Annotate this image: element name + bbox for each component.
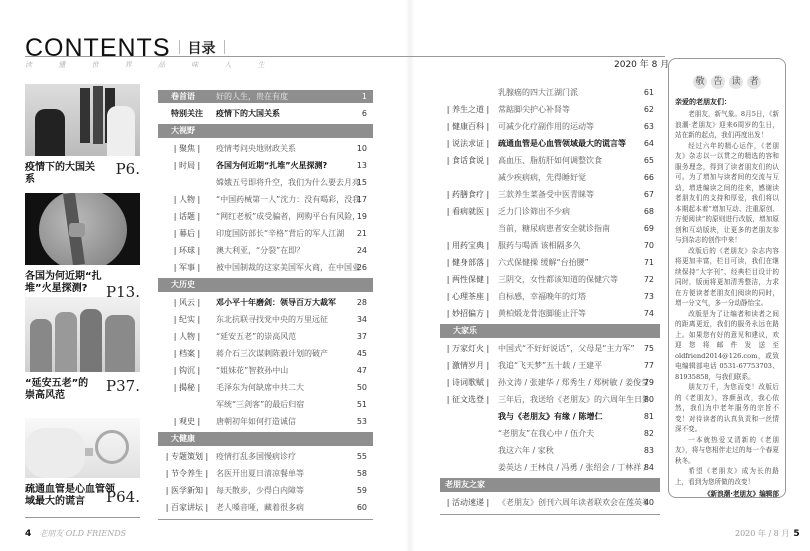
toc-page-number: 50 (357, 379, 367, 396)
toc-category: | 军事 | (158, 259, 216, 276)
toc-category: | 纪实 | (158, 311, 216, 328)
section-label: 卷首语 (158, 90, 208, 103)
toc-entry[interactable]: 乳腺癌的四大江湖门派61 (440, 84, 660, 101)
toc-title: 每天散步，少得白内障等 (216, 482, 304, 499)
toc-page-number: 13 (357, 157, 367, 174)
toc-title: 乏力门诊筛出不少病 (498, 203, 570, 220)
toc-entry[interactable]: | 节令养生 |名医开出夏日清凉餐单等58 (158, 465, 373, 482)
toc-category: | 看病就医 | (440, 203, 496, 220)
toc-title: 我这六年 / 家秋 (498, 442, 554, 459)
toc-page-number: 47 (357, 362, 367, 379)
toc-title: “网红老板”成受骗者，网购平台有风险，消费要“把刹” (216, 208, 361, 225)
toc-page-number: 68 (644, 203, 654, 220)
feature-card[interactable]: 各国为何近期“扎堆”火星探测? P13. (25, 193, 140, 295)
toc-page-number: 79 (644, 374, 654, 391)
toc-title: 疫情下的大国关系 (216, 105, 280, 122)
contents-title: CONTENTS (25, 36, 171, 61)
toc-category: | 节令养生 | (158, 465, 216, 482)
toc-title: 孙文涛 / 张建华 / 郑秀生 / 郑树敏 / 姜俊莹 / 柳建达 / 张东荣 (498, 374, 648, 391)
toc-title: 《老朋友》创刊六周年读者联欢会在莲英举行 (498, 494, 648, 511)
magazine-brand: 老朋友 OLD FRIENDS (39, 529, 126, 538)
toc-category: | 诗词歌赋 | (440, 374, 496, 391)
toc-page-number: 75 (644, 340, 654, 357)
toc-entry[interactable]: | 心理茶座 |自标感，幸福晚年的灯塔73 (440, 288, 660, 305)
toc-entry[interactable]: 姜英达 / 王林良 / 冯勇 / 张绍会 / 丁林祥 / 刘楼84 (440, 459, 660, 476)
toc-category: | 话题 | (158, 208, 216, 225)
section-header: 大健康 (158, 432, 373, 446)
notice-paragraph: 改版是为了让编者和读者之间的距离更近，我们的服务永远在路上。如果您有好的意见和建… (675, 309, 779, 383)
toc-page-number: 24 (357, 242, 367, 259)
leaders-at-podium-photo (25, 84, 140, 156)
toc-page-number: 64 (644, 135, 654, 152)
toc-category: | 百家讲坛 | (158, 499, 216, 516)
toc-page-number: 37 (357, 328, 367, 345)
toc-page-number: 51 (357, 396, 367, 413)
toc-title: 疏通血管是心血管领域最大的谎言等 (498, 135, 626, 152)
feature-card[interactable]: 疏通血管是心血管领域最大的谎言 P64. (25, 418, 140, 508)
section-header: 大视野 (158, 124, 373, 138)
toc-entry[interactable]: | 时局 |各国为何近期“扎堆”火星探测?13 (158, 157, 373, 174)
toc-title: 澳大利亚，“分裂”在即？ (216, 242, 304, 259)
toc-entry[interactable]: 当前，糖尿病患者安全就诊指南69 (440, 220, 660, 237)
toc-category: | 征文选登 | (440, 391, 496, 408)
toc-entry[interactable]: | 征文选登 |三年后，我送给《老朋友》的六周年生日贺词 / 金世新80 (440, 391, 660, 408)
toc-page-number: 67 (644, 186, 654, 203)
toc-title: 减少疾病病，先得睡好觉 (498, 169, 586, 186)
toc-title: 邓小平十年磨剑：领导百万大裁军 (216, 294, 336, 311)
toc-page-number: 45 (357, 345, 367, 362)
toc-entry[interactable]: | 激情岁月 |我追“飞天梦”五十载 / 王建平77 (440, 357, 660, 374)
toc-category: | 心理茶座 | (440, 288, 496, 305)
toc-title: 三阴交，女性都该知道的保健穴等 (498, 271, 618, 288)
toc-title: 毛泽东为何缺席中共二大 (216, 379, 304, 396)
toc-title: 三款养生菜备受中医青睐等 (498, 186, 594, 203)
toc-title: 各国为何近期“扎堆”火星探测? (216, 157, 327, 174)
toc-page-number: 69 (644, 220, 654, 237)
toc-page-number: 77 (644, 357, 654, 374)
section-header: 大历史 (158, 278, 373, 292)
toc-left-column: 卷首语好的人生，贵在有度1特别关注疫情下的大国关系6大视野| 聚焦 |疫情考问央… (158, 88, 373, 520)
header-rule (25, 56, 665, 57)
notice-paragraph: 希望《老朋友》成为长的路上，看到为您所做的改变！ (675, 466, 779, 487)
notice-title-char: 者 (747, 75, 761, 89)
toc-title: 我追“飞天梦”五十载 / 王建平 (498, 357, 602, 374)
footer-left: 4老朋友 OLD FRIENDS (25, 528, 126, 539)
page-number: 5 (793, 529, 799, 539)
toc-page-number: 80 (644, 391, 654, 408)
feature-page: P6. (116, 160, 140, 178)
toc-entry[interactable]: 特别关注疫情下的大国关系6 (158, 105, 373, 122)
notice-paragraph: 经过六年的精心运作，《老朋友》杂志以一以贯之的精选的容和服务理念，得到了读者朋友… (675, 141, 779, 246)
toc-entry[interactable]: | 聚焦 |疫情考问央地财政关系10 (158, 140, 373, 157)
toc-entry[interactable]: | 人物 |“延安五老”的崇高风范37 (158, 328, 373, 345)
toc-title: 老人嗓音哑，藏着很多病 (216, 499, 304, 516)
toc-page-number: 15 (357, 174, 367, 191)
toc-page-number: 21 (357, 225, 367, 242)
toc-page-number: 65 (644, 152, 654, 169)
contents-title-cn: 目录 (188, 41, 216, 57)
toc-right-column: 乳腺癌的四大江湖门派61| 养生之道 |常踮脚尖护心补肾等62| 健康百科 |可… (440, 84, 660, 515)
toc-entry[interactable]: | 诗词歌赋 |孙文涛 / 张建华 / 郑秀生 / 郑树敏 / 姜俊莹 / 柳建… (440, 374, 660, 391)
toc-entry[interactable]: | 两性保健 |三阴交，女性都该知道的保健穴等72 (440, 271, 660, 288)
toc-entry[interactable]: | 幕后 |印度国防部长“辛格”背后的军人江湖21 (158, 225, 373, 242)
notice-signature: 《新浪潮·老朋友》编辑部 (675, 488, 779, 498)
toc-entry[interactable]: 我这六年 / 家秋83 (440, 442, 660, 459)
toc-title: 好的人生，贵在有度 (216, 90, 288, 103)
toc-title: 高血压、脂肪肝如何调整饮食 (498, 152, 602, 169)
toc-entry[interactable]: | 观史 |唐朝初年如何打造诚信53 (158, 413, 373, 430)
toc-page-number: 82 (644, 425, 654, 442)
toc-page-number: 40 (644, 494, 654, 511)
toc-entry[interactable]: 嫦娥五号即将升空，我们为什么要去月亮上“挖土”？15 (158, 174, 373, 191)
toc-title: 姜英达 / 王林良 / 冯勇 / 张绍会 / 丁林祥 / 刘楼 (498, 459, 648, 476)
toc-entry[interactable]: | 药膳食疗 |三款养生菜备受中医青睐等67 (440, 186, 660, 203)
toc-category: | 用药宝典 | (440, 237, 496, 254)
toc-category: | 医学新知 | (158, 482, 216, 499)
toc-category: | 档案 | (158, 345, 216, 362)
feature-page: P37. (106, 377, 140, 395)
toc-title: 印度国防部长“辛格”背后的军人江湖 (216, 225, 344, 242)
toc-category: | 聚焦 | (158, 140, 216, 157)
toc-page-number: 17 (357, 191, 367, 208)
toc-page-number: 71 (644, 254, 654, 271)
notice-paragraph: 一本就热爱又清新的《老朋友》，将与您相伴走过的每一个春夏秋冬。 (675, 435, 779, 467)
toc-title: 服药与喝酒 该相隔多久 (498, 237, 581, 254)
toc-category: | 妙招偏方 | (440, 305, 496, 322)
toc-bottom-rule (158, 519, 373, 520)
toc-page-number: 59 (357, 482, 367, 499)
contents-header: CONTENTS目录 读 懂 世 界 品 味 人 生 (25, 36, 410, 61)
notice-title-char: 告 (711, 75, 725, 89)
section-label: 大视野 (158, 124, 208, 138)
section-label: 大历史 (158, 278, 208, 292)
toc-category: | 揭秘 | (158, 379, 216, 396)
toc-entry[interactable]: | 健康百科 |可减少化疗副作用的运动等63 (440, 118, 660, 135)
toc-title: “姐妹花”智救孙中山 (216, 362, 288, 379)
feature-caption: 疫情下的大国关系 (25, 162, 100, 186)
toc-entry[interactable]: 军统“三剑客”的最后归宿51 (158, 396, 373, 413)
section-header: 大家乐 (440, 324, 660, 338)
toc-page-number: 61 (644, 84, 654, 101)
toc-title: 名医开出夏日清凉餐单等 (216, 465, 304, 482)
toc-category: | 激情岁月 | (440, 357, 496, 374)
toc-category: | 健康百科 | (440, 118, 496, 135)
toc-page-number: 58 (357, 465, 367, 482)
toc-category: | 万家灯火 | (440, 340, 496, 357)
notice-title-char: 敬 (693, 75, 707, 89)
toc-entry[interactable]: | 妙招偏方 |黄柏煅龙骨泡脚能止汗等74 (440, 305, 660, 322)
toc-category: | 两性保健 | (440, 271, 496, 288)
toc-category: | 养生之道 | (440, 101, 496, 118)
section-label: 老朋友之家 (440, 478, 490, 492)
section-label: 大家乐 (440, 324, 490, 338)
toc-entry[interactable]: “老朋友”在我心中 / 伍介夫82 (440, 425, 660, 442)
toc-entry[interactable]: | 说法求证 |疏通血管是心血管领域最大的谎言等64 (440, 135, 660, 152)
toc-entry[interactable]: | 专题策划 |疫情打乱多国慢病诊疗55 (158, 448, 373, 465)
toc-entry[interactable]: | 用药宝典 |服药与喝酒 该相隔多久70 (440, 237, 660, 254)
toc-title: 疫情考问央地财政关系 (216, 140, 296, 157)
section-header[interactable]: 卷首语好的人生，贵在有度1 (158, 90, 373, 103)
footer-date: 2020 年 / 8 月 (735, 529, 789, 538)
toc-page-number: 19 (357, 208, 367, 225)
toc-category: | 风云 | (158, 294, 216, 311)
section-label: 大健康 (158, 432, 208, 446)
toc-page-number: 73 (644, 288, 654, 305)
toc-title: 唐朝初年如何打造诚信 (216, 413, 296, 430)
toc-page-number: 26 (357, 259, 367, 276)
toc-entry[interactable]: | 活动速递 |《老朋友》创刊六周年读者联欢会在莲英举行40 (440, 494, 660, 511)
page-gutter (405, 0, 415, 551)
toc-title: 中国式“不好好说话”，父母是“主力军” (498, 340, 635, 357)
issue-date: 2020 年 8 月 (614, 57, 669, 70)
toc-category: | 人物 | (158, 191, 216, 208)
toc-entry[interactable]: | 钩沉 |“姐妹花”智救孙中山47 (158, 362, 373, 379)
toc-category: | 人物 | (158, 328, 216, 345)
toc-title: 我与《老朋友》有缘 / 陈增仁 (498, 408, 603, 425)
page-number: 4 (25, 529, 31, 539)
toc-page-number: 70 (644, 237, 654, 254)
toc-entry[interactable]: 我与《老朋友》有缘 / 陈增仁81 (440, 408, 660, 425)
toc-entry[interactable]: | 话题 |“网红老板”成受骗者，网购平台有风险，消费要“把刹”19 (158, 208, 373, 225)
toc-entry[interactable]: | 看病就医 |乏力门诊筛出不少病68 (440, 203, 660, 220)
toc-title: 常踮脚尖护心补肾等 (498, 101, 570, 118)
toc-bottom-rule (440, 514, 660, 515)
toc-title: 东北抗联寻找党中央的万里远征 (216, 311, 328, 328)
toc-title: 被中国制裁的这家美国军火商，在中国业务竟不少 (216, 259, 361, 276)
toc-page-number: 6 (362, 105, 367, 122)
notice-greeting: 亲爱的老朋友们： (675, 97, 779, 107)
toc-entry[interactable]: | 环球 |澳大利亚，“分裂”在即？24 (158, 242, 373, 259)
toc-page-number: 34 (357, 311, 367, 328)
notice-title: 敬告读者 (675, 69, 779, 89)
toc-category: | 食话食说 | (440, 152, 496, 169)
feature-page: P64. (106, 488, 140, 506)
mars-probe-photo (25, 193, 140, 265)
toc-category: | 说法求证 | (440, 135, 496, 152)
toc-title: 当前，糖尿病患者安全就诊指南 (498, 220, 610, 237)
toc-category: | 环球 | (158, 242, 216, 259)
toc-title: 黄柏煅龙骨泡脚能止汗等 (498, 305, 586, 322)
toc-title: 三年后，我送给《老朋友》的六周年生日贺词 / 金世新 (498, 391, 648, 408)
toc-title: 军统“三剑客”的最后归宿 (216, 396, 304, 413)
toc-page-number: 74 (644, 305, 654, 322)
toc-title: “中国药械第一人”沈力：没有喝彩，没我 (216, 191, 360, 208)
toc-page-number: 28 (357, 294, 367, 311)
toc-title: 蒋介石三次谋刺陈毅计划的破产 (216, 345, 328, 362)
feature-card[interactable]: “延安五老”的崇高风范 P37. (25, 297, 140, 402)
toc-entry[interactable]: | 纪实 |东北抗联寻找党中央的万里远征34 (158, 311, 373, 328)
notice-paragraph: 改版后的《老朋友》杂志内容将更加丰富，栏目可读，我们在继续保持“大字刊”、经典栏… (675, 246, 779, 309)
toc-page-number: 55 (357, 448, 367, 465)
toc-page-number: 66 (644, 169, 654, 186)
toc-entry[interactable]: | 风云 |邓小平十年磨剑：领导百万大裁军28 (158, 294, 373, 311)
tagline: 读 懂 世 界 品 味 人 生 (25, 60, 277, 70)
toc-category: | 活动速递 | (440, 494, 496, 511)
toc-page-number: 81 (644, 408, 654, 425)
toc-title: “老朋友”在我心中 / 伍介夫 (498, 425, 594, 442)
toc-entry[interactable]: | 人物 |“中国药械第一人”沈力：没有喝彩，没我17 (158, 191, 373, 208)
notice-paragraph: 老朋友，新气象。8月5日，《新浪潮·老朋友》迎来6周岁的生日，站在新的起点，我们… (675, 109, 779, 141)
toc-category: | 幕后 | (158, 225, 216, 242)
footer-right: 2020 年 / 8 月5 (735, 528, 800, 539)
toc-category: | 健身部落 | (440, 254, 496, 271)
toc-title: 嫦娥五号即将升空，我们为什么要去月亮上“挖土”？ (216, 174, 361, 191)
toc-entry[interactable]: | 档案 |蒋介石三次谋刺陈毅计划的破产45 (158, 345, 373, 362)
toc-title: 可减少化疗副作用的运动等 (498, 118, 594, 135)
toc-category: | 观史 | (158, 413, 216, 430)
toc-entry[interactable]: | 健身部落 |六式保健操 缓解“台抬腰”71 (440, 254, 660, 271)
toc-title: 乳腺癌的四大江湖门派 (498, 84, 578, 101)
toc-entry[interactable]: | 军事 |被中国制裁的这家美国军火商，在中国业务竟不少26 (158, 259, 373, 276)
divider (224, 40, 225, 54)
toc-title: “延安五老”的崇高风范 (216, 328, 296, 345)
toc-entry[interactable]: | 揭秘 |毛泽东为何缺席中共二大50 (158, 379, 373, 396)
medical-stethoscope-illustration (25, 418, 140, 478)
toc-entry[interactable]: | 百家讲坛 |老人嗓音哑，藏着很多病60 (158, 499, 373, 516)
toc-category: | 钩沉 | (158, 362, 216, 379)
toc-category: | 时局 | (158, 157, 216, 174)
toc-category: 特别关注 (158, 105, 216, 122)
toc-category: | 药膳食疗 | (440, 186, 496, 203)
toc-category: | 专题策划 | (158, 448, 216, 465)
toc-entry[interactable]: 减少疾病病，先得睡好觉66 (440, 169, 660, 186)
notice-title-char: 读 (729, 75, 743, 89)
toc-title: 六式保健操 缓解“台抬腰” (498, 254, 589, 271)
toc-page-number: 63 (644, 118, 654, 135)
divider (179, 40, 180, 54)
notice-to-readers: 敬告读者 亲爱的老朋友们： 老朋友，新气象。8月5日，《新浪潮·老朋友》迎来6周… (668, 58, 786, 498)
toc-page-number: 10 (357, 140, 367, 157)
toc-page-number: 53 (357, 413, 367, 430)
toc-title: 自标感，幸福晚年的灯塔 (498, 288, 586, 305)
toc-title: 疫情打乱多国慢病诊疗 (216, 448, 296, 465)
notice-paragraph: 朋友万千，为您而变！改版后的《老朋友》，容颜虽改，我心依然，我们为中老年服务的宗… (675, 382, 779, 435)
feature-caption: “延安五老”的崇高风范 (25, 378, 95, 402)
toc-page-number: 1 (362, 90, 367, 103)
toc-page-number: 62 (644, 101, 654, 118)
footer-rule (25, 517, 140, 518)
toc-page-number: 60 (357, 499, 367, 516)
section-header: 老朋友之家 (440, 478, 660, 492)
feature-caption: 各国为何近期“扎堆”火星探测? (25, 271, 110, 295)
feature-card[interactable]: 疫情下的大国关系 P6. (25, 84, 140, 186)
toc-page-number: 83 (644, 442, 654, 459)
toc-entry[interactable]: | 养生之道 |常踮脚尖护心补肾等62 (440, 101, 660, 118)
toc-page-number: 84 (644, 459, 654, 476)
toc-entry[interactable]: | 医学新知 |每天散步，少得白内障等59 (158, 482, 373, 499)
toc-page-number: 72 (644, 271, 654, 288)
toc-entry[interactable]: | 食话食说 |高血压、脂肪肝如何调整饮食65 (440, 152, 660, 169)
toc-entry[interactable]: | 万家灯火 |中国式“不好好说话”，父母是“主力军”75 (440, 340, 660, 357)
yanan-elders-painting (25, 297, 140, 372)
